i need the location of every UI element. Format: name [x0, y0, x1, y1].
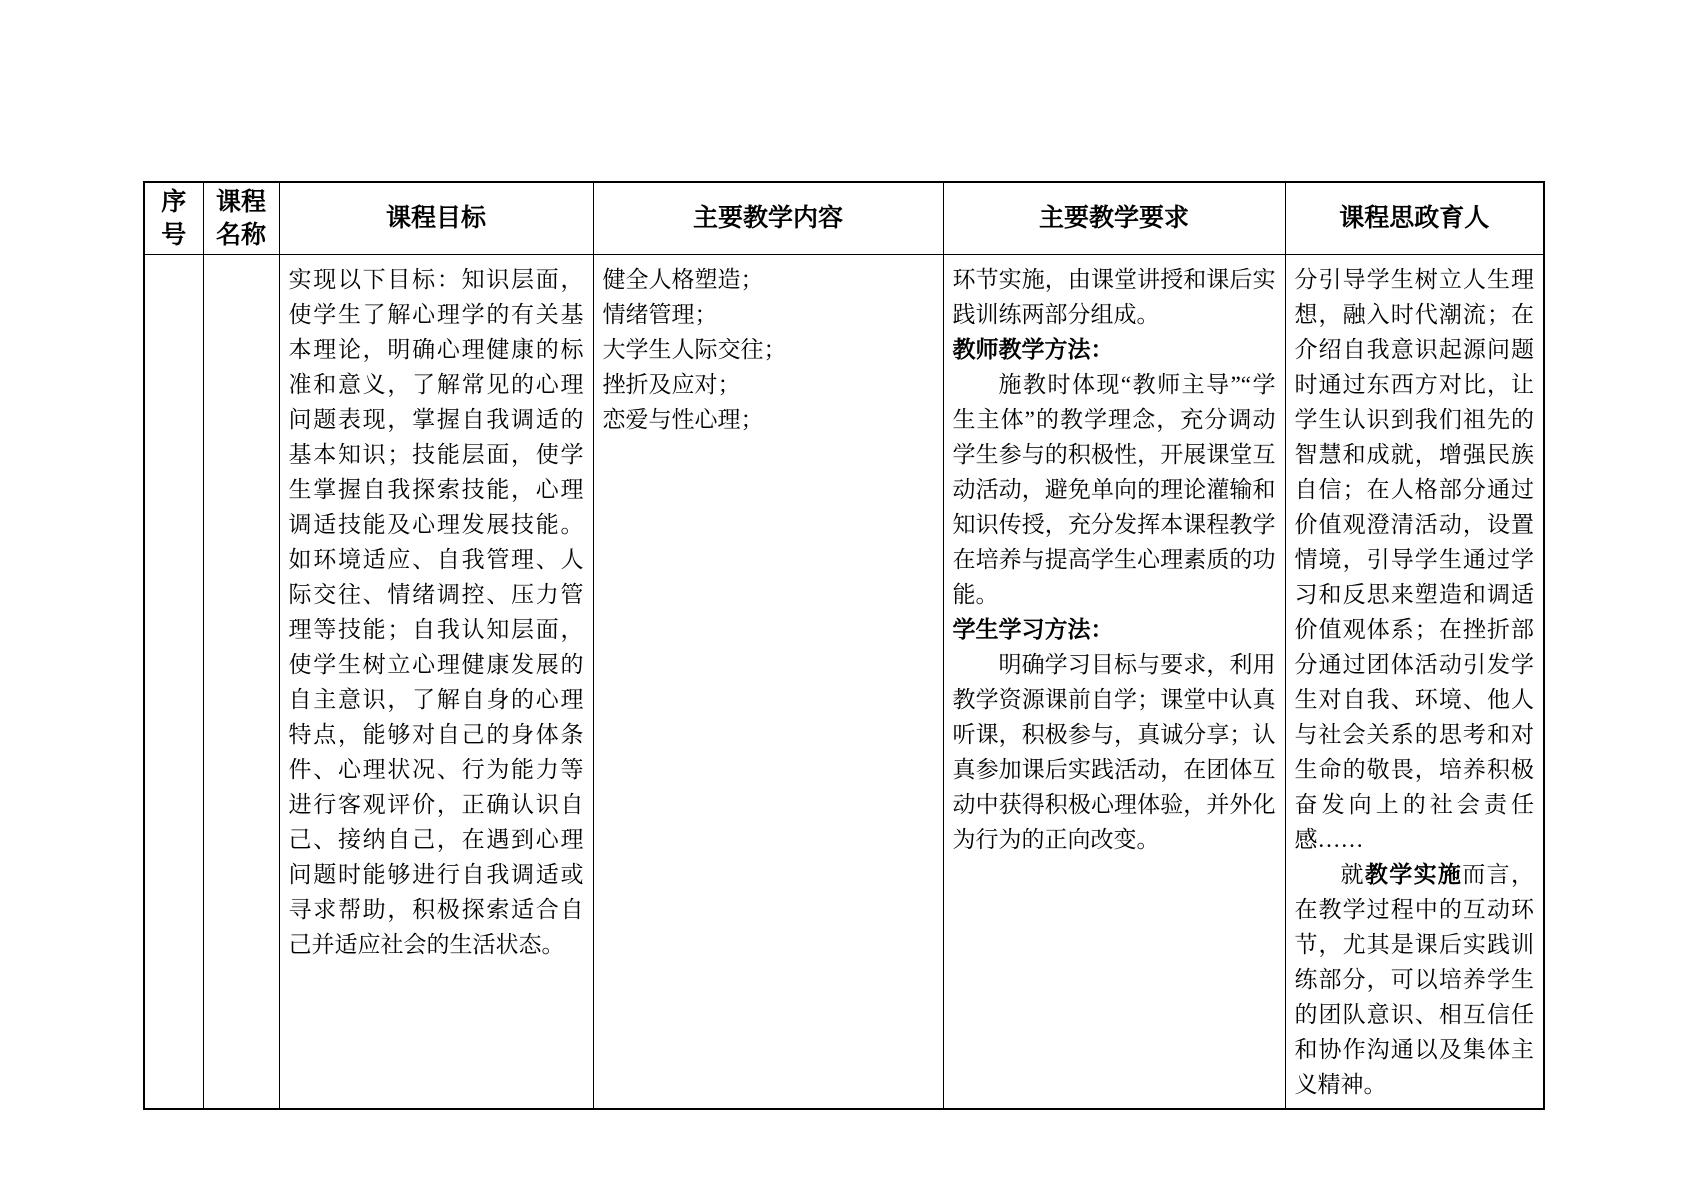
teacher-methods-text: 施教时体现“教师主导”“学生主体”的教学理念，充分调动学生参与的积极性，开展课堂… — [953, 367, 1276, 612]
requirements-intro: 环节实施，由课堂讲授和课后实践训练两部分组成。 — [953, 262, 1276, 332]
cell-teaching-content: 健全人格塑造； 情绪管理； 大学生人际交往； 挫折及应对； 恋爱与性心理； — [593, 255, 943, 1110]
teaching-content-item: 情绪管理； — [603, 297, 934, 332]
header-cell-objectives: 课程目标 — [279, 182, 593, 255]
header-cell-seq: 序号 — [144, 182, 203, 255]
teaching-content-item: 挫折及应对； — [603, 367, 934, 402]
header-cell-teaching-requirements: 主要教学要求 — [943, 182, 1285, 255]
table-header-row: 序号 课程名称 课程目标 主要教学内容 主要教学要求 课程思政育人 — [144, 182, 1544, 255]
ideology-part2-bold: 教学实施 — [1365, 861, 1462, 887]
student-methods-heading: 学生学习方法： — [953, 612, 1276, 647]
ideology-text-part2: 就教学实施而言，在教学过程中的互动环节，尤其是课后实践训练部分，可以培养学生的团… — [1295, 857, 1535, 1102]
table-body-row: 实现以下目标：知识层面，使学生了解心理学的有关基本理论，明确心理健康的标准和意义… — [144, 255, 1544, 1110]
header-cell-ideology: 课程思政育人 — [1285, 182, 1544, 255]
header-cell-teaching-content: 主要教学内容 — [593, 182, 943, 255]
teaching-content-item: 健全人格塑造； — [603, 262, 934, 297]
ideology-text-part1: 分引导学生树立人生理想，融入时代潮流；在介绍自我意识起源问题时通过东西方对比，让… — [1295, 262, 1535, 857]
header-cell-course-name: 课程名称 — [203, 182, 279, 255]
cell-teaching-requirements: 环节实施，由课堂讲授和课后实践训练两部分组成。 教师教学方法： 施教时体现“教师… — [943, 255, 1285, 1110]
cell-course-name — [203, 255, 279, 1110]
objectives-text: 实现以下目标：知识层面，使学生了解心理学的有关基本理论，明确心理健康的标准和意义… — [289, 262, 584, 962]
cell-objectives: 实现以下目标：知识层面，使学生了解心理学的有关基本理论，明确心理健康的标准和意义… — [279, 255, 593, 1110]
ideology-part2-suffix: 而言，在教学过程中的互动环节，尤其是课后实践训练部分，可以培养学生的团队意识、相… — [1295, 862, 1535, 1097]
student-methods-text: 明确学习目标与要求，利用教学资源课前自学；课堂中认真听课，积极参与，真诚分享；认… — [953, 647, 1276, 857]
teacher-methods-heading: 教师教学方法： — [953, 332, 1276, 367]
cell-seq — [144, 255, 203, 1110]
teaching-content-item: 大学生人际交往； — [603, 332, 934, 367]
cell-ideology: 分引导学生树立人生理想，融入时代潮流；在介绍自我意识起源问题时通过东西方对比，让… — [1285, 255, 1544, 1110]
ideology-part2-prefix: 就 — [1341, 862, 1365, 887]
teaching-content-item: 恋爱与性心理； — [603, 402, 934, 437]
course-syllabus-table: 序号 课程名称 课程目标 主要教学内容 主要教学要求 课程思政育人 实现以下目标… — [143, 181, 1545, 1110]
